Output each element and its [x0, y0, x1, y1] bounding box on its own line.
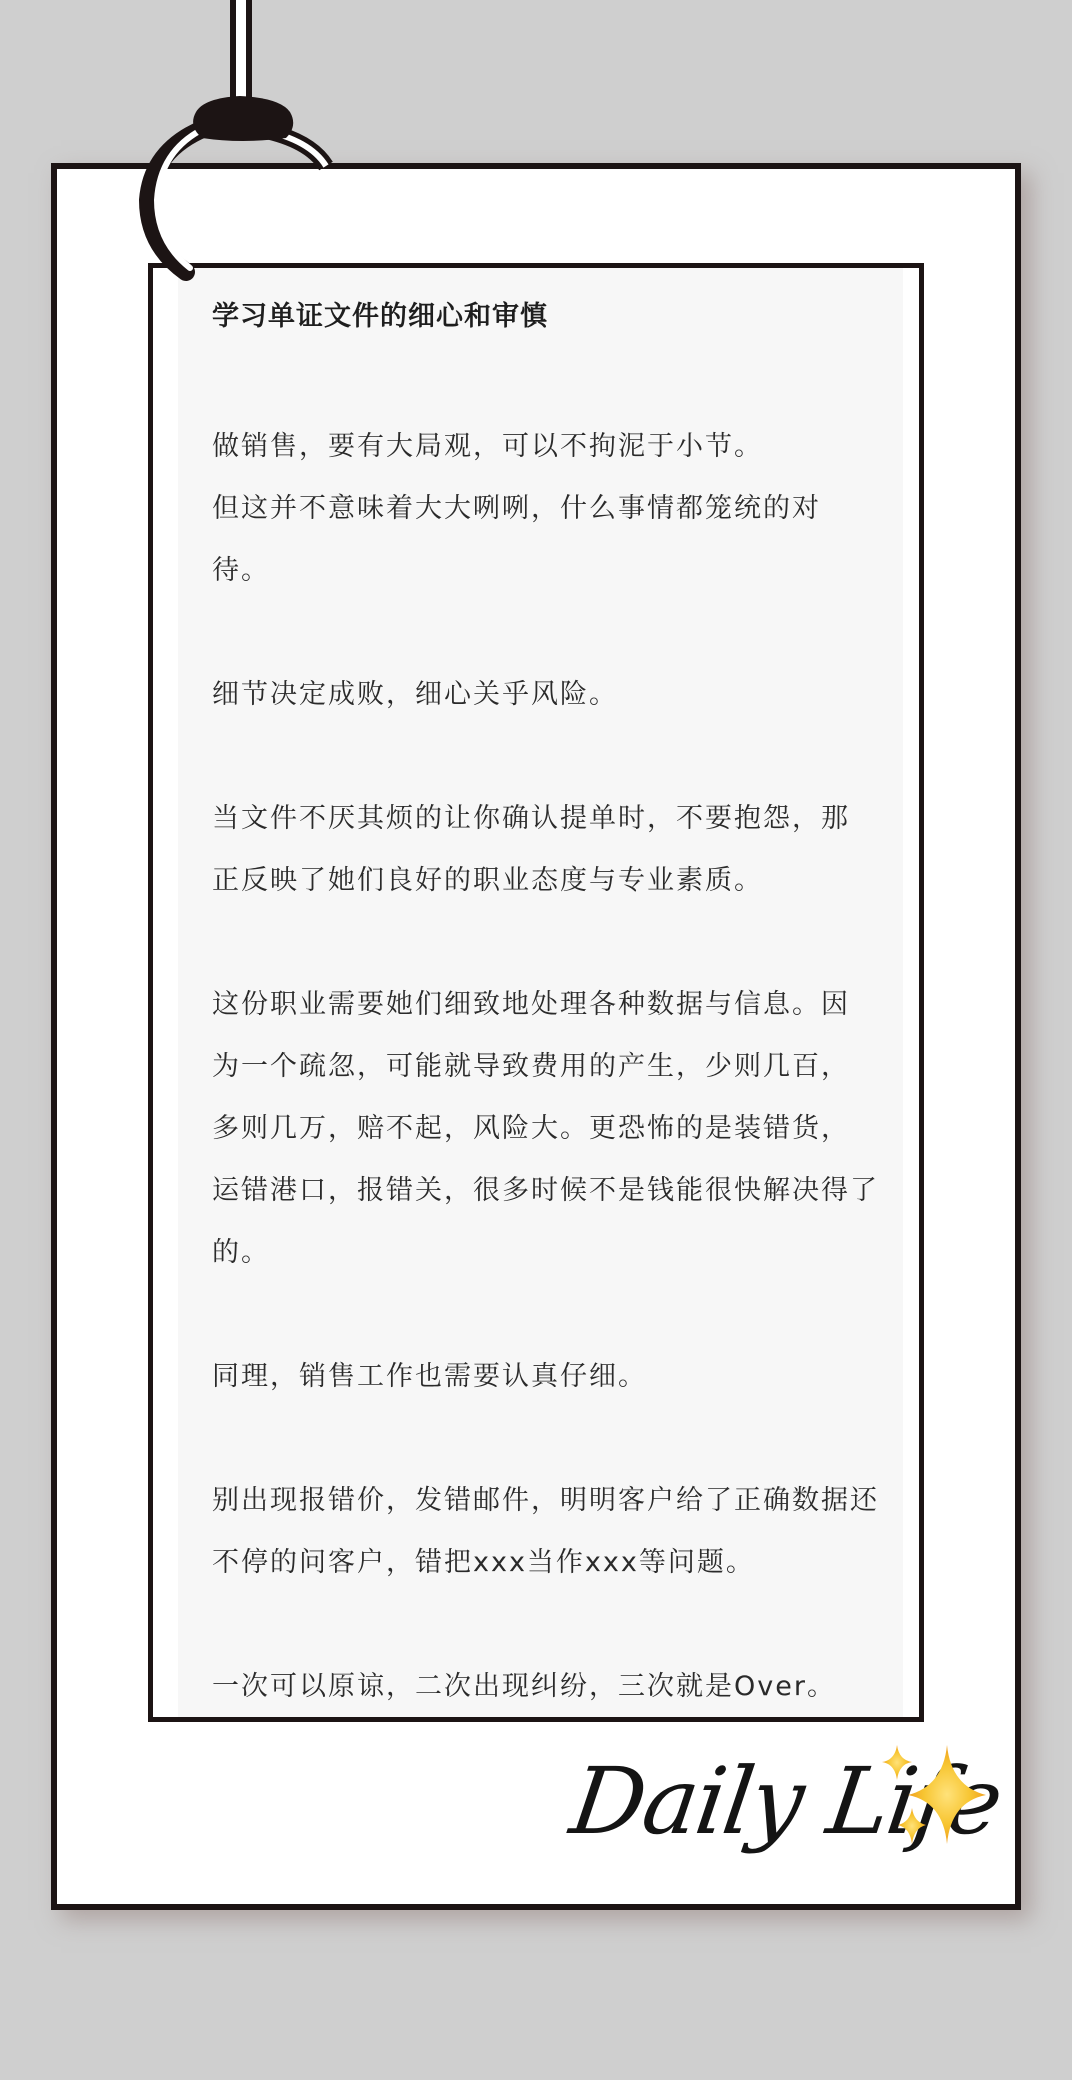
- text-line: 细节决定成败，细心关乎风险。: [212, 664, 892, 726]
- inner-document-frame: 学习单证文件的细心和审慎 做销售，要有大局观，可以不拘泥于小节。 但这并不意味着…: [148, 263, 924, 1722]
- text-line: 但这并不意味着大大咧咧，什么事情都笼统的对: [212, 478, 892, 540]
- text-line: 同理，销售工作也需要认真仔细。: [212, 1346, 892, 1408]
- text-line: 多则几万，赔不起，风险大。更恐怖的是装错货，: [212, 1098, 892, 1160]
- text-line: 做销售，要有大局观，可以不拘泥于小节。: [212, 416, 892, 478]
- text-line: 的。: [212, 1222, 892, 1284]
- document-title: 学习单证文件的细心和审慎: [212, 294, 548, 333]
- paragraph: 细节决定成败，细心关乎风险。: [212, 664, 892, 726]
- text-line: 为一个疏忽，可能就导致费用的产生，少则几百，: [212, 1036, 892, 1098]
- text-line: 别出现报错价，发错邮件，明明客户给了正确数据还: [212, 1470, 892, 1532]
- text-line: 不停的问客户，错把xxx当作xxx等问题。: [212, 1532, 892, 1594]
- paragraph: 一次可以原谅，二次出现纠纷，三次就是Over。: [212, 1656, 892, 1718]
- document-body: 做销售，要有大局观，可以不拘泥于小节。 但这并不意味着大大咧咧，什么事情都笼统的…: [212, 416, 892, 1718]
- text-line: 待。: [212, 540, 892, 602]
- content-panel: 学习单证文件的细心和审慎 做销售，要有大局观，可以不拘泥于小节。 但这并不意味着…: [178, 268, 903, 1717]
- paragraph: 同理，销售工作也需要认真仔细。: [212, 1346, 892, 1408]
- paragraph: 别出现报错价，发错邮件，明明客户给了正确数据还 不停的问客户，错把xxx当作xx…: [212, 1470, 892, 1594]
- text-line: 当文件不厌其烦的让你确认提单时，不要抱怨，那: [212, 788, 892, 850]
- text-line: 一次可以原谅，二次出现纠纷，三次就是Over。: [212, 1656, 892, 1718]
- paragraph: 做销售，要有大局观，可以不拘泥于小节。 但这并不意味着大大咧咧，什么事情都笼统的…: [212, 416, 892, 602]
- text-line: 运错港口，报错关，很多时候不是钱能很快解决得了: [212, 1160, 892, 1222]
- paragraph: 这份职业需要她们细致地处理各种数据与信息。因 为一个疏忽，可能就导致费用的产生，…: [212, 974, 892, 1284]
- text-line: 这份职业需要她们细致地处理各种数据与信息。因: [212, 974, 892, 1036]
- sparkles-icon: [870, 1740, 990, 1850]
- paragraph: 当文件不厌其烦的让你确认提单时，不要抱怨，那 正反映了她们良好的职业态度与专业素…: [212, 788, 892, 912]
- text-line: 正反映了她们良好的职业态度与专业素质。: [212, 850, 892, 912]
